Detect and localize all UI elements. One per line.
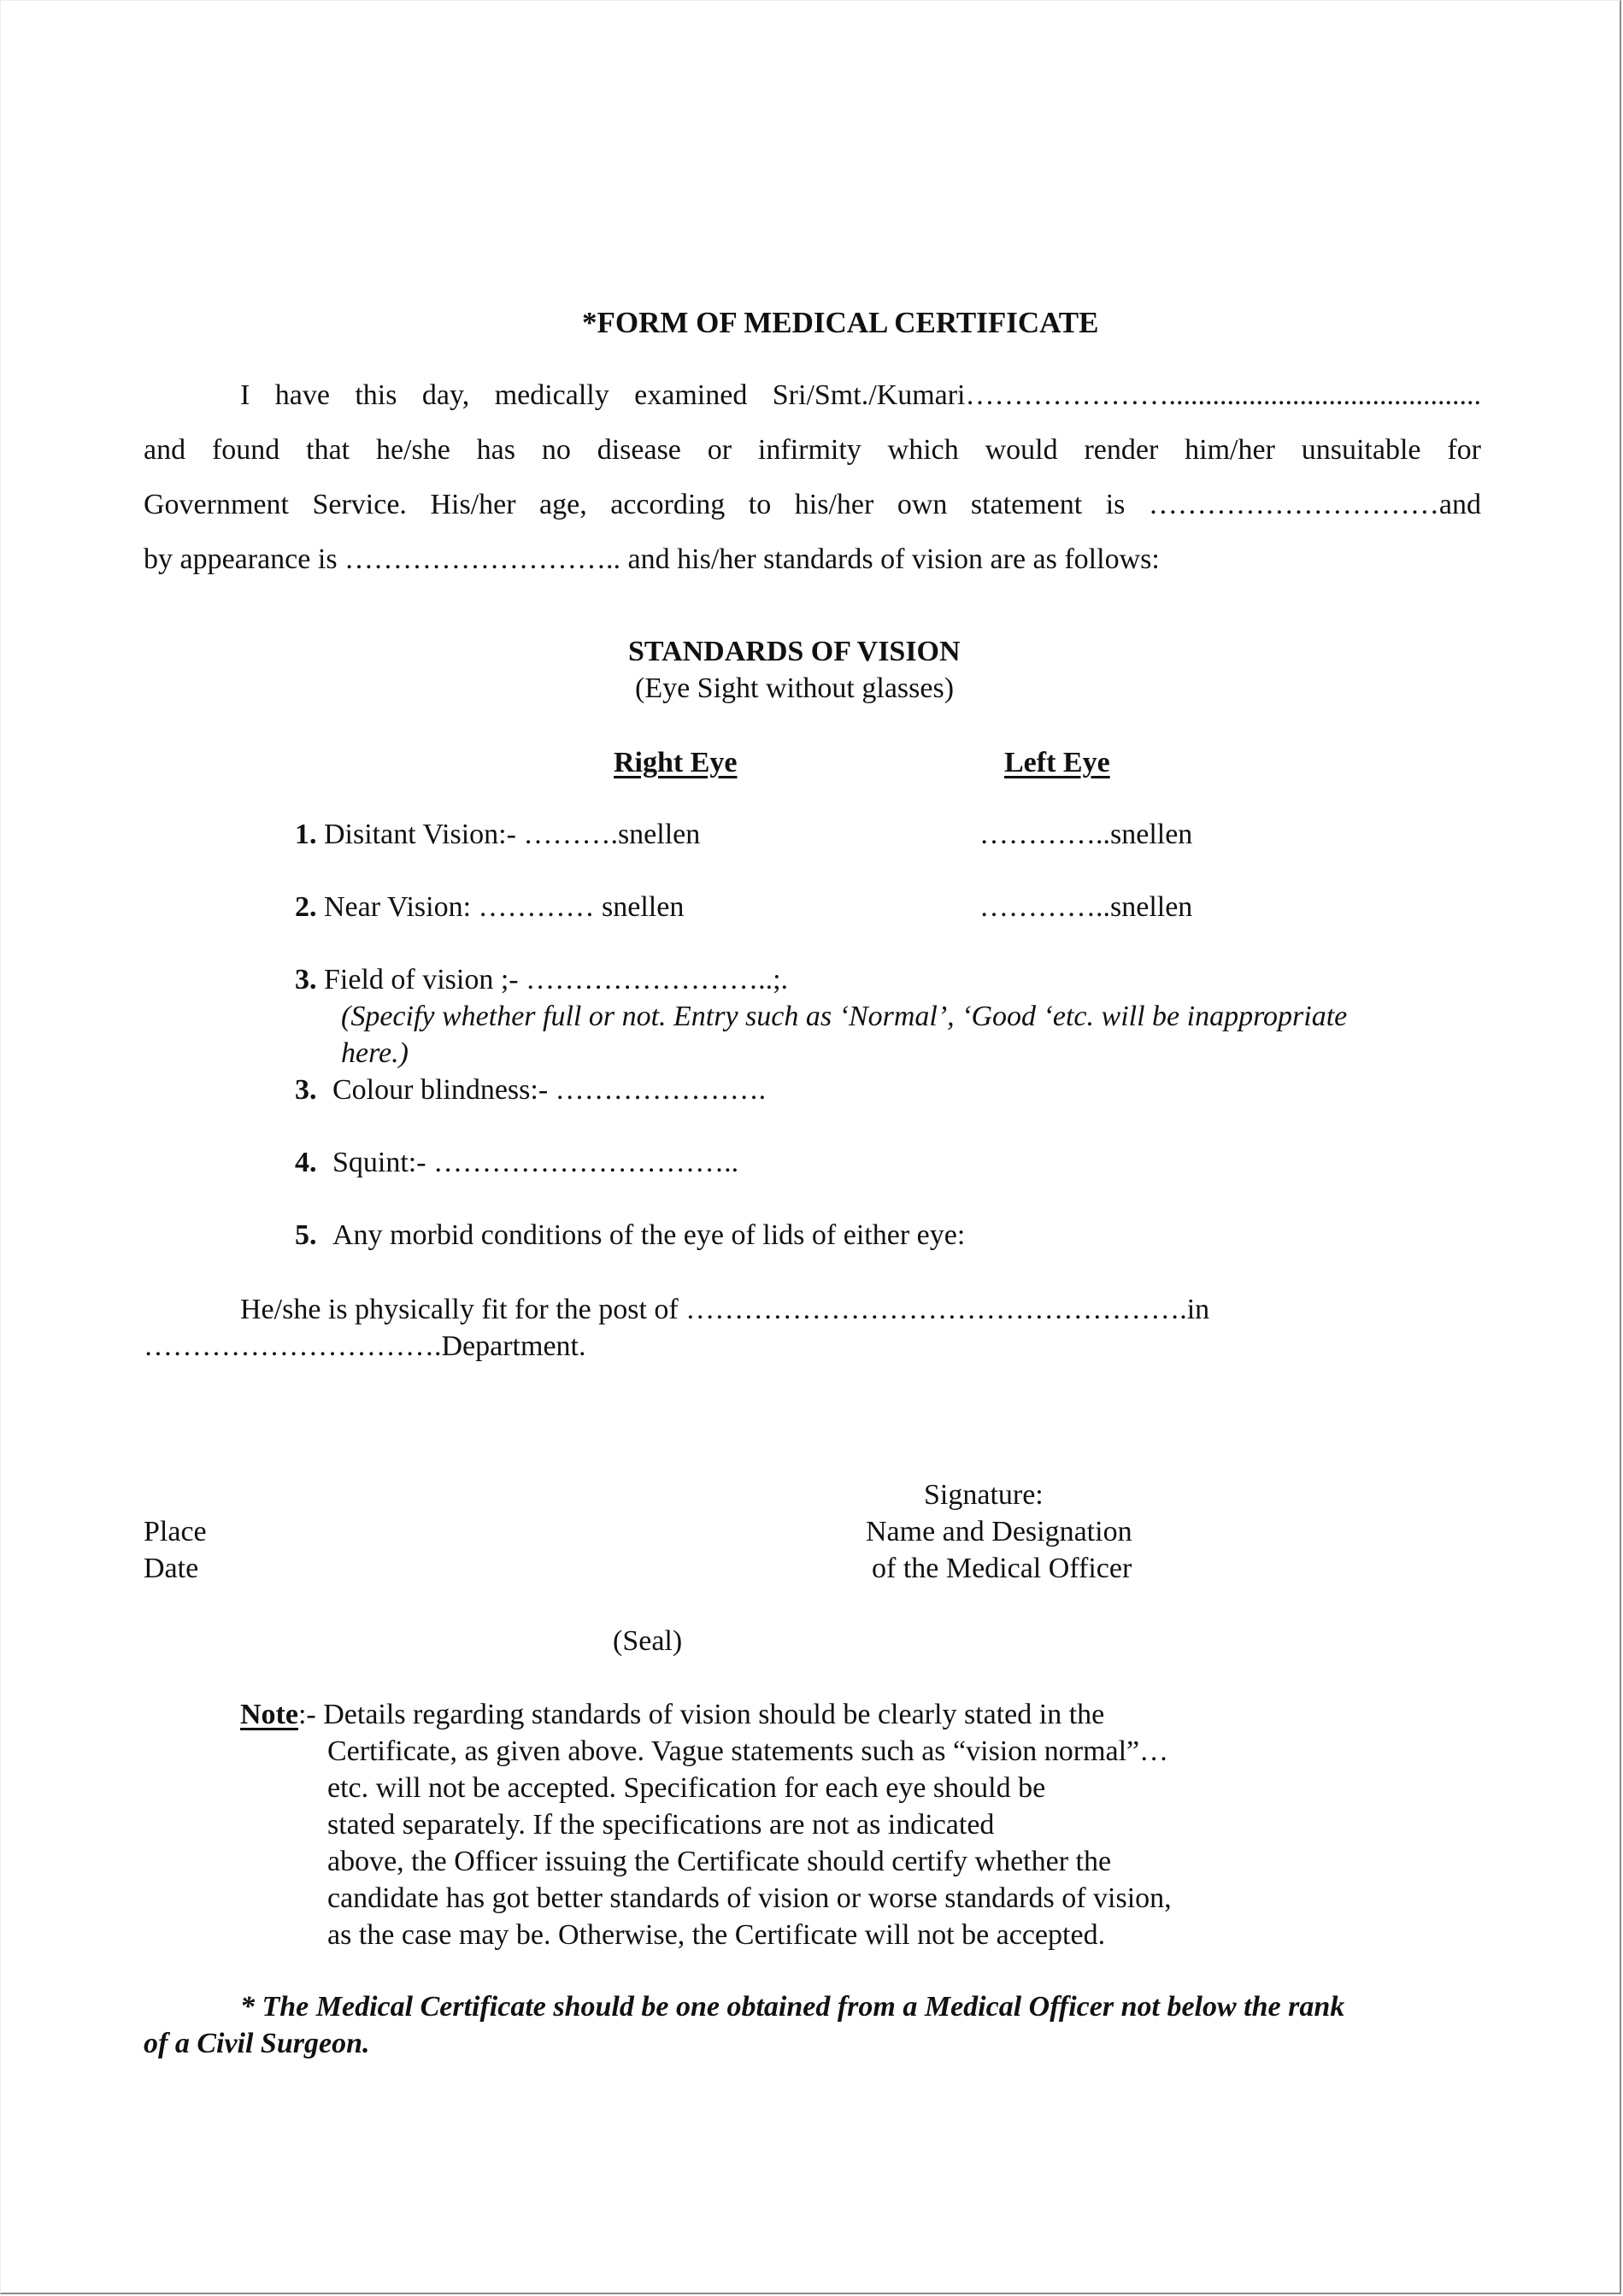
vision-item-distant: 1. Disitant Vision:- ……….snellen [295, 818, 700, 852]
seal-label: (Seal) [613, 1624, 682, 1659]
footnote-line-2: of a Civil Surgeon. [144, 2027, 369, 2061]
item-number: 4. [295, 1147, 317, 1178]
standards-heading: STANDARDS OF VISION [628, 635, 961, 669]
name-designation-label: Name and Designation [866, 1515, 1132, 1549]
item-label: Field of vision ;- ……………………..;. [324, 964, 788, 995]
item-number: 1. [295, 819, 317, 850]
right-eye-header: Right Eye [614, 746, 738, 780]
vision-item-field: 3. Field of vision ;- ……………………..;. [295, 963, 788, 997]
left-eye-header: Left Eye [1004, 746, 1110, 780]
item-label: Any morbid conditions of the eye of lids… [332, 1219, 965, 1251]
fitness-line-1: He/she is physically fit for the post of… [240, 1293, 1209, 1327]
fitness-line-2: ………………………….Department. [144, 1330, 586, 1364]
note-line: above, the Officer issuing the Certifica… [327, 1845, 1111, 1879]
left-eye-distant-value: …………..snellen [979, 818, 1192, 852]
place-label: Place [144, 1515, 207, 1549]
note-label: Note [240, 1699, 298, 1730]
date-label: Date [144, 1552, 198, 1586]
vision-item-morbid-conditions: 5. Any morbid conditions of the eye of l… [295, 1218, 965, 1253]
note-line: etc. will not be accepted. Specification… [327, 1771, 1045, 1806]
field-vision-note-1: (Specify whether full or not. Entry such… [341, 1000, 1347, 1034]
item-label: Squint:- ………………………….. [332, 1147, 738, 1178]
note-line: as the case may be. Otherwise, the Certi… [327, 1918, 1105, 1952]
note-first-line: Note:- Details regarding standards of vi… [240, 1698, 1104, 1732]
left-eye-near-value: …………..snellen [979, 890, 1192, 925]
item-number: 3. [295, 1074, 317, 1106]
vision-item-near: 2. Near Vision: ………… snellen [295, 890, 684, 925]
item-number: 2. [295, 891, 317, 923]
signature-label: Signature: [924, 1478, 1044, 1512]
intro-line-2: and found that he/she has no disease or … [144, 433, 1481, 467]
item-label: Colour blindness:- …………………. [332, 1074, 766, 1106]
document-title: *FORM OF MEDICAL CERTIFICATE [582, 306, 1099, 340]
note-line: Certificate, as given above. Vague state… [327, 1735, 1168, 1769]
note-separator: :- [298, 1699, 316, 1730]
item-number: 5. [295, 1219, 317, 1251]
note-line: stated separately. If the specifications… [327, 1808, 994, 1842]
footnote-line-1: * The Medical Certificate should be one … [240, 1990, 1344, 2024]
standards-subheading: (Eye Sight without glasses) [635, 672, 954, 706]
item-label: Near Vision: ………… snellen [324, 891, 684, 923]
intro-line-1: I have this day, medically examined Sri/… [240, 379, 1481, 413]
item-number: 3. [295, 964, 317, 995]
document-page: *FORM OF MEDICAL CERTIFICATE I have this… [0, 0, 1621, 2294]
item-label: Disitant Vision:- ……….snellen [324, 819, 700, 850]
field-vision-note-2: here.) [341, 1036, 409, 1071]
intro-line-4: by appearance is ……………………….. and his/her… [144, 543, 1160, 577]
vision-item-colour-blindness: 3. Colour blindness:- …………………. [295, 1073, 766, 1107]
medical-officer-label: of the Medical Officer [872, 1552, 1132, 1586]
note-line: candidate has got better standards of vi… [327, 1882, 1172, 1916]
vision-item-squint: 4. Squint:- ………………………….. [295, 1146, 738, 1180]
intro-line-3: Government Service. His/her age, accordi… [144, 488, 1481, 522]
note-line: Details regarding standards of vision sh… [323, 1699, 1104, 1730]
